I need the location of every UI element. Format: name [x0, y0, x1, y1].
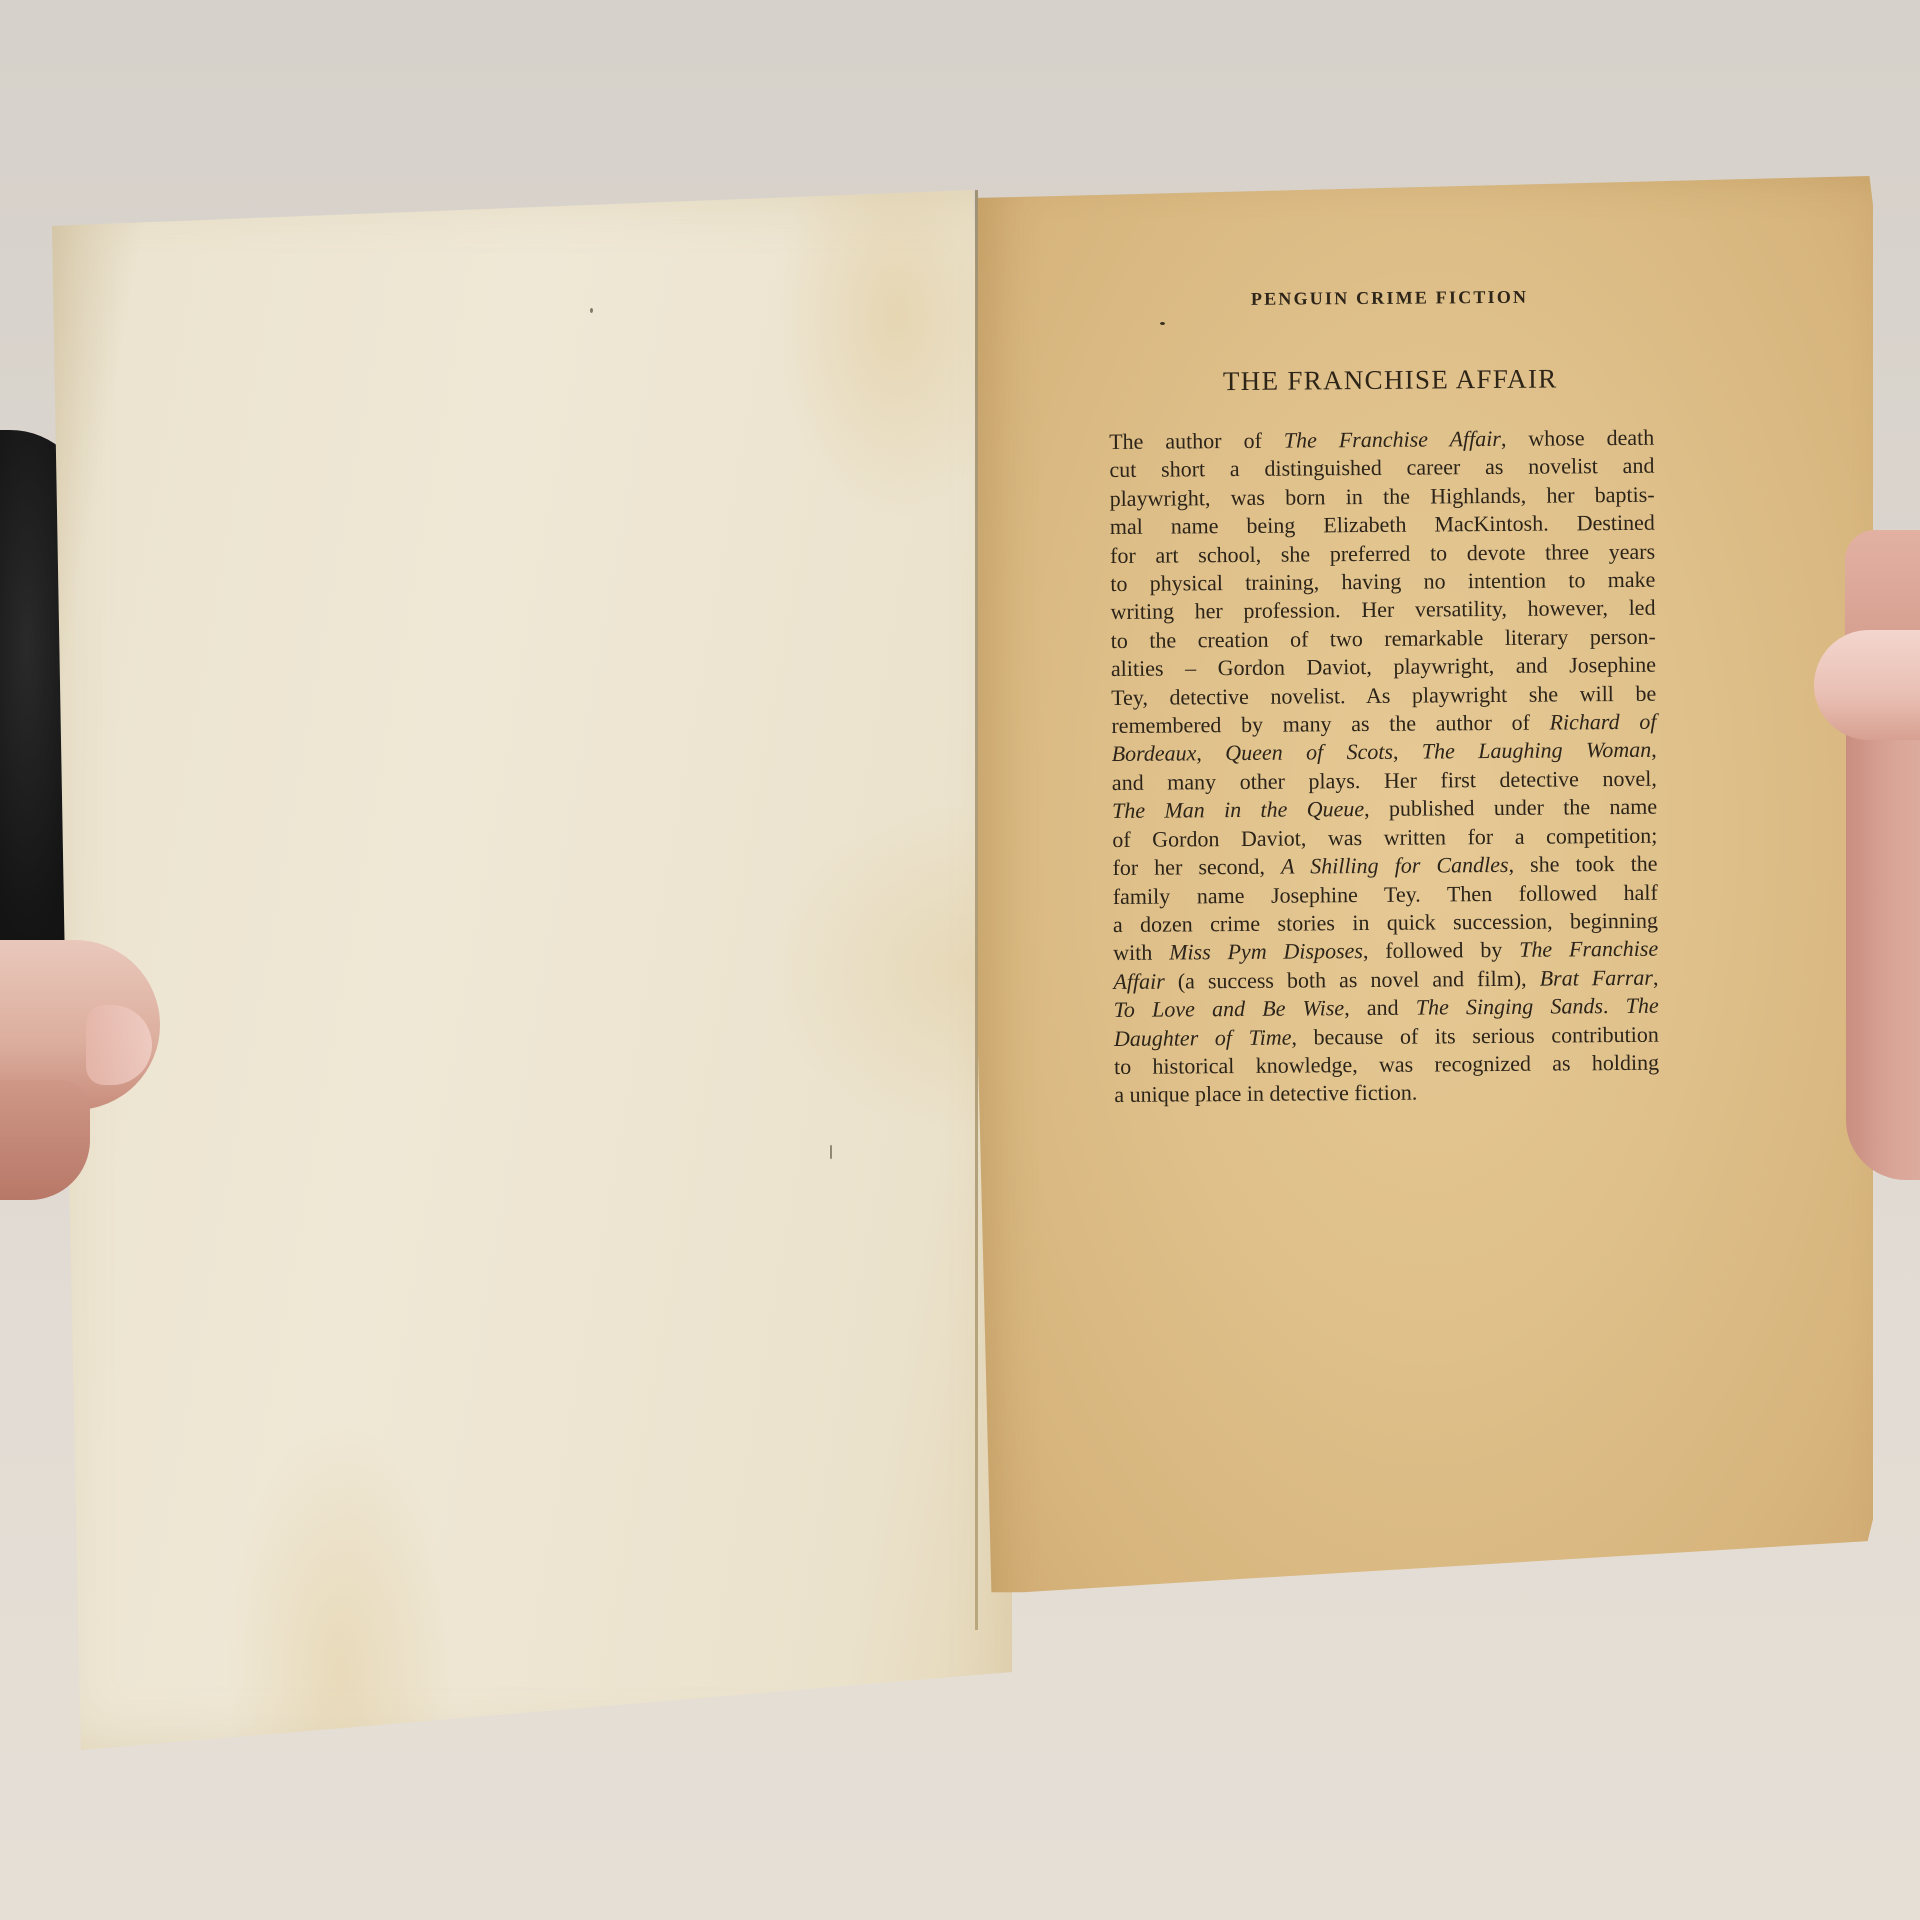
page-speck [590, 308, 593, 313]
bio-line: for art school, she preferred to devote … [1110, 537, 1655, 570]
text-run: cut short a distinguished career as nove… [1109, 453, 1654, 482]
text-run: a dozen crime stories in quick successio… [1113, 908, 1658, 937]
text-run: family name Josephine Tey. Then followed… [1113, 879, 1658, 908]
text-run: remembered by many as the author of [1111, 710, 1549, 738]
text-run: Tey, detective novelist. As playwright s… [1111, 680, 1656, 709]
bio-line: a dozen crime stories in quick successio… [1113, 907, 1658, 940]
text-run: and many other plays. Her first detectiv… [1112, 766, 1657, 795]
text-run: , published under the name [1364, 794, 1657, 821]
italic-title-run: To Love and Be Wise [1114, 995, 1345, 1022]
bio-line: playwright, was born in the Highlands, h… [1110, 481, 1655, 514]
text-run: , [1393, 739, 1422, 764]
bio-line: mal name being Elizabeth MacKintosh. Des… [1110, 509, 1655, 542]
text-run: for her second, [1112, 854, 1281, 880]
bio-line: family name Josephine Tey. Then followed… [1113, 878, 1658, 911]
italic-title-run: Miss Pym Disposes [1169, 938, 1363, 965]
bio-line: Daughter of Time, because of its serious… [1114, 1020, 1659, 1053]
bio-line: and many other plays. Her first detectiv… [1112, 765, 1657, 798]
text-run: to physical training, having no intentio… [1110, 567, 1655, 596]
bio-line: To Love and Be Wise, and The Singing San… [1114, 992, 1659, 1025]
italic-title-run: The Singing Sands [1416, 993, 1603, 1019]
text-run: mal name being Elizabeth MacKintosh. Des… [1110, 510, 1655, 539]
book-gutter [975, 190, 978, 1630]
bio-line: The Man in the Queue, published under th… [1112, 793, 1657, 826]
text-run: , whose death [1501, 425, 1654, 451]
author-biography: The author of The Franchise Affair, whos… [1109, 424, 1659, 1110]
text-run: to historical knowledge, was recognized … [1114, 1050, 1659, 1079]
text-run: , [1196, 741, 1225, 766]
text-run: playwright, was born in the Highlands, h… [1110, 482, 1655, 511]
text-run: writing her profession. Her versatility,… [1110, 595, 1655, 624]
bio-line: Tey, detective novelist. As playwright s… [1111, 679, 1656, 712]
text-run: , followed by [1363, 937, 1519, 963]
series-label: PENGUIN CRIME FICTION [1126, 286, 1653, 311]
bio-line: writing her profession. Her versatility,… [1110, 594, 1655, 627]
text-run: alities – Gordon Daviot, playwright, and… [1111, 652, 1656, 681]
bio-line: Affair (a success both as novel and film… [1113, 963, 1658, 996]
italic-title-run: The Franchise [1519, 936, 1658, 962]
text-run: (a success both as novel and film), [1165, 965, 1540, 993]
right-thumb [1814, 630, 1920, 740]
bio-line: to the creation of two remarkable litera… [1111, 623, 1656, 656]
italic-title-run: The Man in the Queue [1112, 796, 1364, 823]
left-page-blank [52, 190, 1012, 1750]
bio-line: Bordeaux, Queen of Scots, The Laughing W… [1112, 736, 1657, 769]
text-run: with [1113, 940, 1169, 965]
text-run: The author of [1109, 428, 1284, 454]
bio-line: with Miss Pym Disposes, followed by The … [1113, 935, 1658, 968]
text-run: a unique place in detective fiction. [1114, 1080, 1417, 1107]
text-run: , [1651, 737, 1657, 762]
italic-title-run: Affair [1113, 968, 1165, 993]
bio-line: alities – Gordon Daviot, playwright, and… [1111, 651, 1656, 684]
bio-line: to physical training, having no intentio… [1110, 566, 1655, 599]
page-speck [830, 1145, 832, 1159]
book-title: THE FRANCHISE AFFAIR [1127, 363, 1654, 398]
italic-title-run: The [1626, 993, 1659, 1018]
italic-title-run: The Laughing Woman [1422, 737, 1652, 764]
text-run: , [1653, 964, 1659, 989]
italic-title-run: Daughter of Time [1114, 1024, 1292, 1050]
bio-line: The author of The Franchise Affair, whos… [1109, 424, 1654, 457]
text-run: for art school, she preferred to devote … [1110, 538, 1655, 567]
bio-line: for her second, A Shilling for Candles, … [1112, 850, 1657, 883]
italic-title-run: The Franchise Affair [1284, 426, 1501, 453]
italic-title-run: A Shilling for Candles [1281, 852, 1509, 879]
text-run: to the creation of two remarkable litera… [1111, 624, 1656, 653]
bio-line: remembered by many as the author of Rich… [1111, 708, 1656, 741]
right-page-text: PENGUIN CRIME FICTION THE FRANCHISE AFFA… [1108, 286, 1659, 1110]
text-run: , she took the [1508, 851, 1657, 877]
text-run: . [1603, 993, 1626, 1018]
italic-title-run: Brat Farrar [1540, 964, 1653, 990]
bio-line: cut short a distinguished career as nove… [1109, 452, 1654, 485]
italic-title-run: Bordeaux [1112, 741, 1197, 767]
text-run: of Gordon Daviot, was written for a comp… [1112, 822, 1657, 851]
italic-title-run: Richard of [1549, 709, 1656, 735]
bio-line: of Gordon Daviot, was written for a comp… [1112, 821, 1657, 854]
italic-title-run: Queen of Scots [1225, 739, 1393, 765]
bio-line: to historical knowledge, was recognized … [1114, 1049, 1659, 1082]
text-run: , and [1344, 995, 1416, 1021]
text-run: , because of its serious contribution [1291, 1021, 1659, 1049]
bio-line: a unique place in detective fiction. [1114, 1077, 1659, 1110]
